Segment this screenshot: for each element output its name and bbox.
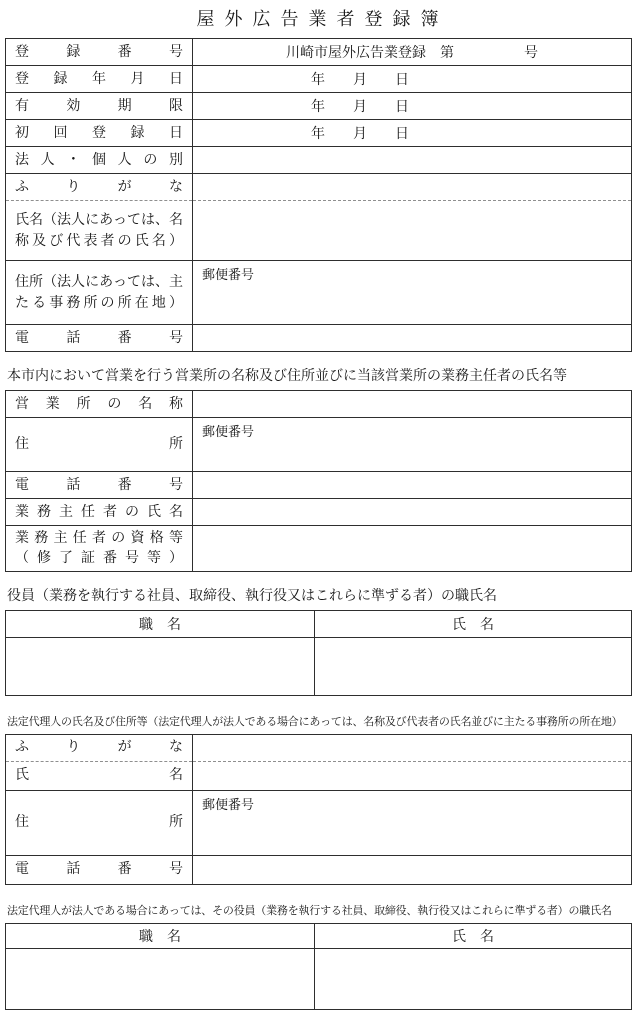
officers-section-heading: 役員（業務を執行する社員、取締役、執行役又はこれらに準ずる者）の職氏名: [7, 585, 631, 605]
legal-rep-phone-value-cell: [193, 855, 632, 884]
table-row: 電話番号: [6, 855, 632, 884]
table-row: 営業所の名称: [6, 391, 632, 418]
table-header-row: 職 名 氏 名: [6, 923, 632, 948]
office-address-value-cell: 郵便番号: [193, 418, 632, 472]
table-row: 住所 郵便番号: [6, 790, 632, 855]
officers-table: 職 名 氏 名: [5, 610, 632, 696]
supervisor-name-label: 業務主任者の氏名: [6, 499, 193, 526]
table-row: 登録年月日 年 月 日: [6, 66, 632, 93]
address-value-cell: 郵便番号: [193, 261, 632, 325]
legal-rep-officers-title-column-header: 職 名: [6, 923, 315, 948]
furigana-value-cell: [193, 174, 632, 201]
legal-rep-officers-table: 職 名 氏 名: [5, 923, 632, 1010]
form-sheet: 屋外広告業者登録簿 登録番号 川崎市屋外広告業登録 第 号 登録年月日 年 月 …: [0, 0, 635, 990]
office-address-label: 住所: [6, 418, 193, 472]
table-row: 法人・個人の別: [6, 147, 632, 174]
legal-rep-section-heading: 法定代理人の氏名及び住所等（法定代理人が法人である場合にあっては、名称及び代表者…: [7, 713, 631, 729]
supervisor-qualification-label: 業務主任者の資格等 （修了証番号等）: [6, 526, 193, 572]
entity-type-label: 法人・個人の別: [6, 147, 193, 174]
legal-rep-furigana-label: ふりがな: [6, 734, 193, 761]
table-row: 登録番号 川崎市屋外広告業登録 第 号: [6, 39, 632, 66]
form-title: 屋外広告業者登録簿: [0, 5, 635, 31]
first-registration-date-value: 年 月 日: [193, 120, 632, 147]
first-registration-date-label: 初回登録日: [6, 120, 193, 147]
legal-rep-name-value-cell: [193, 761, 632, 790]
name-label: 氏名（法人にあっては、名称及び代表者の氏名）: [6, 201, 193, 261]
legal-rep-furigana-value-cell: [193, 734, 632, 761]
expiry-date-value: 年 月 日: [193, 93, 632, 120]
legal-rep-name-label: 氏名: [6, 761, 193, 790]
table-row: 氏名: [6, 761, 632, 790]
main-registration-table: 登録番号 川崎市屋外広告業登録 第 号 登録年月日 年 月 日 有効期限 年 月…: [5, 38, 632, 352]
table-row: 電話番号: [6, 472, 632, 499]
table-row: 電話番号: [6, 325, 632, 352]
registration-date-value: 年 月 日: [193, 66, 632, 93]
supervisor-name-value-cell: [193, 499, 632, 526]
phone-number-label: 電話番号: [6, 325, 193, 352]
officers-title-column-header: 職 名: [6, 610, 315, 637]
legal-rep-officers-section-heading: 法定代理人が法人である場合にあっては、その役員（業務を執行する社員、取締役、執行…: [7, 902, 631, 918]
entity-type-value-cell: [193, 147, 632, 174]
legal-rep-table: ふりがな 氏名 住所 郵便番号 電話番号: [5, 734, 632, 885]
supervisor-qualification-value-cell: [193, 526, 632, 572]
table-row: [6, 948, 632, 1009]
registration-number-label: 登録番号: [6, 39, 193, 66]
legal-rep-address-value-cell: 郵便番号: [193, 790, 632, 855]
table-header-row: 職 名 氏 名: [6, 610, 632, 637]
table-row: 初回登録日 年 月 日: [6, 120, 632, 147]
office-name-label: 営業所の名称: [6, 391, 193, 418]
expiry-date-label: 有効期限: [6, 93, 193, 120]
legal-rep-officers-name-column-header: 氏 名: [315, 923, 632, 948]
office-name-value-cell: [193, 391, 632, 418]
legal-rep-officers-name-value-cell: [315, 948, 632, 1009]
table-row: 有効期限 年 月 日: [6, 93, 632, 120]
table-row: 氏名（法人にあっては、名称及び代表者の氏名）: [6, 201, 632, 261]
registration-number-value: 川崎市屋外広告業登録 第 号: [193, 39, 632, 66]
officers-name-value-cell: [315, 637, 632, 695]
legal-rep-address-label: 住所: [6, 790, 193, 855]
office-phone-value-cell: [193, 472, 632, 499]
table-row: ふりがな: [6, 174, 632, 201]
phone-number-value-cell: [193, 325, 632, 352]
legal-rep-officers-title-value-cell: [6, 948, 315, 1009]
table-row: 業務主任者の資格等 （修了証番号等）: [6, 526, 632, 572]
registration-date-label: 登録年月日: [6, 66, 193, 93]
furigana-label: ふりがな: [6, 174, 193, 201]
office-section-heading: 本市内において営業を行う営業所の名称及び住所並びに当該営業所の業務主任者の氏名等: [7, 365, 631, 385]
officers-title-value-cell: [6, 637, 315, 695]
table-row: [6, 637, 632, 695]
officers-name-column-header: 氏 名: [315, 610, 632, 637]
office-phone-label: 電話番号: [6, 472, 193, 499]
table-row: 住所（法人にあっては、主たる事務所の所在地） 郵便番号: [6, 261, 632, 325]
table-row: 業務主任者の氏名: [6, 499, 632, 526]
name-value-cell: [193, 201, 632, 261]
legal-rep-phone-label: 電話番号: [6, 855, 193, 884]
table-row: 住所 郵便番号: [6, 418, 632, 472]
address-label: 住所（法人にあっては、主たる事務所の所在地）: [6, 261, 193, 325]
table-row: ふりがな: [6, 734, 632, 761]
office-table: 営業所の名称 住所 郵便番号 電話番号 業務主任者の氏名 業務主任者の資格等 （…: [5, 390, 632, 572]
